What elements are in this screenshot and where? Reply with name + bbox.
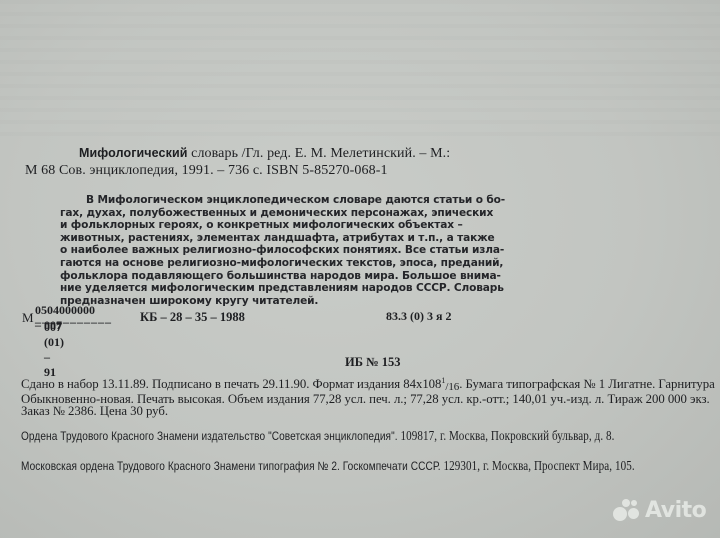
book-abstract: В Мифологическом энциклопедическом слова… (60, 194, 456, 307)
print-imprint: Сдано в набор 13.11.89. Подписано в печа… (21, 375, 715, 418)
avito-logo-text: Avito (645, 498, 706, 523)
citation-title-bold: Мифологический (79, 146, 188, 160)
printer-line: Московская ордена Трудового Красного Зна… (21, 458, 635, 474)
bbk-code: 83.3 (0) 3 я 2 (386, 309, 451, 324)
citation-line-2: М 68 Сов. энциклопедия, 1991. – 736 с. I… (25, 163, 388, 179)
citation-title-rest: словарь /Гл. ред. Е. М. Мелетинский. – М… (191, 146, 450, 161)
printer-name: Московская ордена Трудового Красного Зна… (21, 459, 441, 473)
avito-dots-icon (612, 497, 642, 523)
abstract-line: гах, духах, полубожественных и демоничес… (60, 207, 456, 220)
abstract-line: предназначен широкому кругу читателей. (60, 295, 456, 308)
paper-bleed-through (0, 0, 720, 140)
abstract-line: фольклора подавляющего большинства народ… (60, 270, 456, 283)
citation-title: Мифологический словарь /Гл. ред. Е. М. М… (79, 146, 450, 162)
imprint-line-3: Заказ № 2386. Цена 30 руб. (21, 405, 715, 417)
publisher-name: Ордена Трудового Красного Знамени издате… (21, 429, 398, 443)
avito-watermark: Avito (612, 497, 706, 523)
catalog-denominator: 007 (01) – 91 (44, 320, 64, 380)
abstract-line: гаются на основе религиозно-мифологическ… (60, 257, 456, 270)
printer-address: 129301, г. Москва, Проспект Мира, 105. (444, 458, 635, 473)
imprint-line-1: Сдано в набор 13.11.89. Подписано в печа… (21, 375, 715, 393)
imprint-paper: . Бумага типографская № 1 Лигатне. Гарни… (459, 377, 714, 391)
abstract-line: животных, растениях, элементах ландшафта… (60, 232, 456, 245)
abstract-line: ние уделяется мифологическим представлен… (60, 282, 456, 295)
publisher-line: Ордена Трудового Красного Знамени издате… (21, 428, 615, 444)
abstract-line: и фольклорных героях, о конкретных мифол… (60, 219, 456, 232)
publisher-address: 109817, г. Москва, Покровский бульвар, д… (401, 428, 615, 443)
format-fraction-sub: /16 (445, 381, 459, 393)
citation-publisher-isbn: Сов. энциклопедия, 1991. – 736 с. ISBN 5… (59, 163, 388, 178)
abstract-line: о наиболее важных религиозно-философских… (60, 244, 456, 257)
abstract-line: В Мифологическом энциклопедическом слова… (60, 194, 456, 207)
ib-number: ИБ № 153 (345, 355, 401, 370)
imprint-dates-format: Сдано в набор 13.11.89. Подписано в печа… (21, 377, 441, 391)
catalog-kb: КБ – 28 – 35 – 1988 (140, 310, 245, 325)
author-mark: М 68 (25, 163, 55, 178)
catalog-letter: М (22, 310, 34, 326)
